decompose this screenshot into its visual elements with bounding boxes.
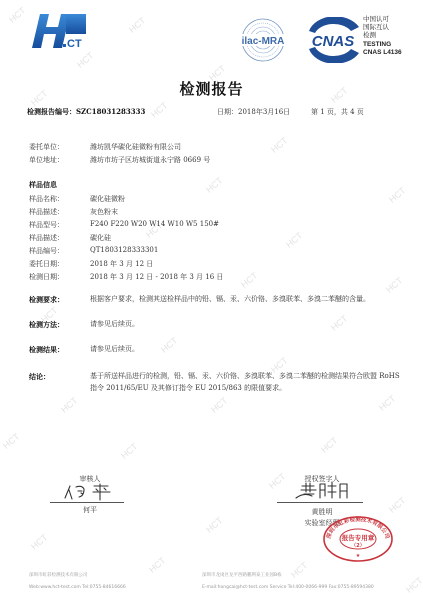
field-label: 单位地址： bbox=[29, 155, 64, 165]
field-value: 2018 年 3 月 12 日 bbox=[90, 259, 153, 269]
watermark: HCT bbox=[29, 532, 50, 552]
report-date-value: 2018年3月16日 bbox=[238, 108, 290, 116]
watermark: HCT bbox=[204, 175, 225, 195]
sample-info-title: 样品信息 bbox=[29, 180, 57, 190]
field-value: F240 F220 W20 W14 W10 W5 150# bbox=[90, 220, 219, 228]
field-value: 2018 年 3 月 12 日 - 2018 年 3 月 16 日 bbox=[90, 272, 223, 282]
svg-text:ilac-MRA: ilac-MRA bbox=[242, 36, 285, 47]
field-value: 潍坊凯华碳化硅微粉有限公司 bbox=[90, 142, 181, 152]
stamp-number: （2） bbox=[351, 543, 364, 549]
field-value: QT1803128333301 bbox=[90, 246, 158, 254]
field-label: 检测要求： bbox=[29, 295, 64, 305]
svg-text:CNAS: CNAS bbox=[312, 33, 355, 50]
field-label: 样品描述： bbox=[29, 233, 64, 243]
watermark: HCT bbox=[384, 275, 405, 295]
watermark: HCT bbox=[147, 555, 168, 575]
watermark: HCT bbox=[209, 395, 230, 415]
field-label: 委托单位： bbox=[29, 142, 64, 152]
report-date: 日期：2018年3月16日 bbox=[217, 107, 290, 117]
watermark: HCT bbox=[75, 50, 96, 70]
watermark: HCT bbox=[404, 575, 423, 595]
field-value: 潍坊市坊子区坊城街道永宁路 0669 号 bbox=[90, 155, 210, 165]
cnas-text-line: 检测 bbox=[363, 32, 402, 40]
field-label: 委托日期： bbox=[29, 259, 64, 269]
hct-logo: CT bbox=[32, 12, 87, 50]
watermark: HCT bbox=[204, 515, 225, 535]
report-date-label: 日期： bbox=[217, 108, 238, 116]
footer-contact: Web:www.hct-test.com Tel:0755-84616666 bbox=[29, 585, 126, 590]
watermark: HCT bbox=[119, 441, 140, 461]
cnas-number: CNAS L4136 bbox=[363, 49, 402, 57]
watermark: HCT bbox=[289, 560, 310, 580]
signer-signature-line bbox=[277, 502, 363, 503]
watermark: HCT bbox=[387, 495, 408, 515]
official-stamp: 深圳市虹彩检测技术有限公司 报告专用章 （2） ★ bbox=[322, 515, 394, 563]
cnas-accreditation-text: 中国认可 国际互认 检测 TESTING CNAS L4136 bbox=[363, 16, 402, 57]
field-value: 根据客户要求，检测其送检样品中的铅、镉、汞、六价铬、多溴联苯、多溴二苯醚的含量。 bbox=[90, 293, 420, 305]
footer-company: 深圳市虹彩检测技术有限公司 bbox=[29, 572, 88, 578]
field-label: 结论： bbox=[29, 372, 50, 382]
field-value: 碳化硅 bbox=[90, 233, 111, 243]
cnas-text-line: 中国认可 bbox=[363, 16, 402, 24]
reviewer-name: 何平 bbox=[70, 505, 110, 515]
watermark: HCT bbox=[127, 15, 148, 35]
watermark: HCT bbox=[387, 185, 408, 205]
page-indicator: 第 1 页，共 4 页 bbox=[311, 107, 364, 117]
field-value: 灰色粉末 bbox=[90, 207, 118, 217]
field-label: 样品名称： bbox=[29, 194, 64, 204]
watermark: HCT bbox=[377, 393, 398, 413]
watermark: HCT bbox=[284, 230, 305, 250]
field-label: 检测方法： bbox=[29, 320, 64, 330]
footer-email: E-mail:hongcai@hct-test.com Service Tel:… bbox=[202, 585, 374, 590]
report-number-value: SZC18031283333 bbox=[76, 107, 145, 116]
field-label: 样品型号： bbox=[29, 220, 64, 230]
field-value: 请参见后续页。 bbox=[90, 343, 420, 355]
stamp-inner-text: 报告专用章 bbox=[342, 533, 375, 542]
watermark: HCT bbox=[319, 435, 340, 455]
field-value: 请参见后续页。 bbox=[90, 318, 420, 330]
report-number: 检测报告编号：SZC18031283333 bbox=[27, 107, 145, 117]
watermark: HCT bbox=[149, 100, 170, 120]
watermark: HCT bbox=[1, 431, 22, 451]
watermark: HCT bbox=[59, 395, 80, 415]
svg-text:CT: CT bbox=[67, 38, 82, 50]
watermark: HCT bbox=[269, 135, 290, 155]
field-label: 检测日期： bbox=[29, 272, 64, 282]
ilac-mra-logo: ilac-MRA bbox=[235, 17, 291, 63]
watermark: HCT bbox=[267, 471, 288, 491]
report-number-label: 检测报告编号： bbox=[27, 107, 76, 116]
page-title: 检测报告 bbox=[0, 78, 423, 99]
watermark: HCT bbox=[239, 270, 260, 290]
field-label: 检测结果： bbox=[29, 345, 64, 355]
svg-text:★: ★ bbox=[356, 553, 361, 559]
reviewer-signature-line bbox=[50, 502, 124, 503]
cnas-testing-label: TESTING bbox=[363, 41, 402, 49]
field-value: 基于所送样品进行的检测，铅、镉、汞、六价铬、多溴联苯、多溴二苯醚的检测结果符合欧… bbox=[90, 370, 406, 394]
field-label: 样品描述： bbox=[29, 207, 64, 217]
field-label: 样品编号： bbox=[29, 246, 64, 256]
field-value: 碳化硅微粉 bbox=[90, 194, 125, 204]
footer-address: 深圳市龙岗区龙平西路鹏利泰工业园B栋 bbox=[202, 572, 282, 578]
watermark: HCT bbox=[7, 5, 28, 25]
